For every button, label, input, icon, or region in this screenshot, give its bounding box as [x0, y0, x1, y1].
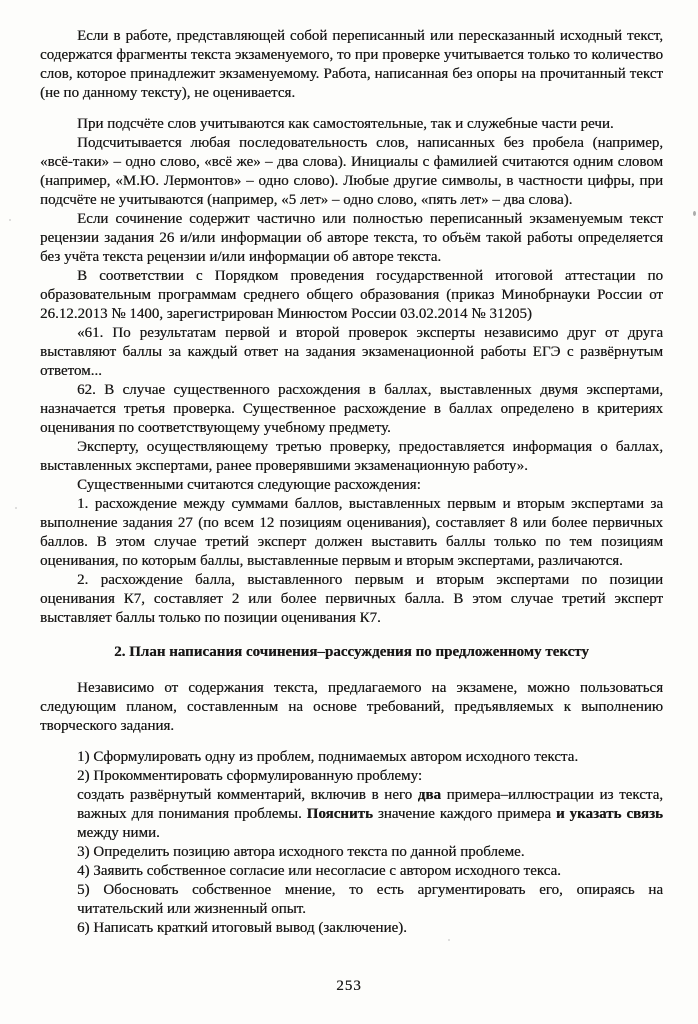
text-run: 2. расхождение балла, выставленного перв… [40, 572, 663, 626]
scan-speck [9, 219, 11, 221]
text-run: 6) Написать краткий итоговый вывод (закл… [77, 920, 407, 936]
text-run: Подсчитывается любая последовательность … [40, 135, 663, 208]
text-run: Эксперту, осуществляющему третью проверк… [40, 439, 663, 474]
scan-speck [693, 211, 696, 216]
text-run: 2. План написания сочинения–рассуждения … [114, 644, 589, 660]
text-run: между ними. [77, 825, 160, 841]
document-body: Если в работе, представляющей собой пере… [40, 27, 663, 938]
text-run: 2) Прокомментировать сформулированную пр… [77, 768, 422, 784]
plan-item: создать развёрнутый комментарий, включив… [77, 786, 663, 843]
document-page: Если в работе, представляющей собой пере… [0, 0, 698, 1024]
text-run: 3) Определить позицию автора исходного т… [77, 844, 524, 860]
paragraph: При подсчёте слов учитываются как самост… [40, 115, 663, 134]
text-run: 4) Заявить собственное согласие или несо… [77, 863, 561, 879]
paragraph: 1. расхождение между суммами баллов, выс… [40, 495, 663, 571]
paragraph: Подсчитывается любая последовательность … [40, 134, 663, 210]
text-run: В соответствии с Порядком проведения гос… [40, 268, 663, 322]
text-run: Существенными считаются следующие расхож… [77, 477, 421, 493]
emphasized-text: два [418, 787, 441, 803]
section-heading: 2. План написания сочинения–рассуждения … [40, 643, 663, 662]
text-run: Если в работе, представляющей собой пере… [40, 28, 663, 101]
paragraph: В соответствии с Порядком проведения гос… [40, 267, 663, 324]
paragraph: Эксперту, осуществляющему третью проверк… [40, 438, 663, 476]
plan-item: 2) Прокомментировать сформулированную пр… [77, 767, 663, 786]
text-run: Независимо от содержания текста, предлаг… [40, 680, 663, 734]
scan-speck [364, 754, 366, 756]
plan-item: 1) Сформулировать одну из проблем, подни… [77, 748, 663, 767]
text-run: 1. расхождение между суммами баллов, выс… [40, 496, 663, 569]
text-run: значение каждого примера [373, 806, 556, 822]
text-run: При подсчёте слов учитываются как самост… [77, 116, 614, 132]
paragraph: 2. расхождение балла, выставленного перв… [40, 571, 663, 628]
paragraph: Если в работе, представляющей собой пере… [40, 27, 663, 103]
paragraph: Независимо от содержания текста, предлаг… [40, 679, 663, 736]
paragraph: Существенными считаются следующие расхож… [40, 476, 663, 495]
text-run: 1) Сформулировать одну из проблем, подни… [77, 749, 578, 765]
scan-speck [448, 939, 450, 941]
emphasized-text: Пояснить [307, 806, 373, 822]
paragraph: Если сочинение содержит частично или пол… [40, 210, 663, 267]
text-run: «61. По результатам первой и второй пров… [40, 325, 663, 379]
plan-item: 5) Обосновать собственное мнение, то ест… [77, 881, 663, 919]
plan-item: 4) Заявить собственное согласие или несо… [77, 862, 663, 881]
plan-item: 6) Написать краткий итоговый вывод (закл… [77, 919, 663, 938]
text-run: создать развёрнутый комментарий, включив… [77, 787, 418, 803]
emphasized-text: и указать связь [556, 806, 663, 822]
text-run: 5) Обосновать собственное мнение, то ест… [77, 882, 663, 917]
paragraph: 62. В случае существенного расхождения в… [40, 381, 663, 438]
plan-item: 3) Определить позицию автора исходного т… [77, 843, 663, 862]
scan-speck [15, 507, 17, 509]
page-number: 253 [0, 977, 698, 996]
text-run: 62. В случае существенного расхождения в… [40, 382, 663, 436]
paragraph: «61. По результатам первой и второй пров… [40, 324, 663, 381]
text-run: Если сочинение содержит частично или пол… [40, 211, 663, 265]
